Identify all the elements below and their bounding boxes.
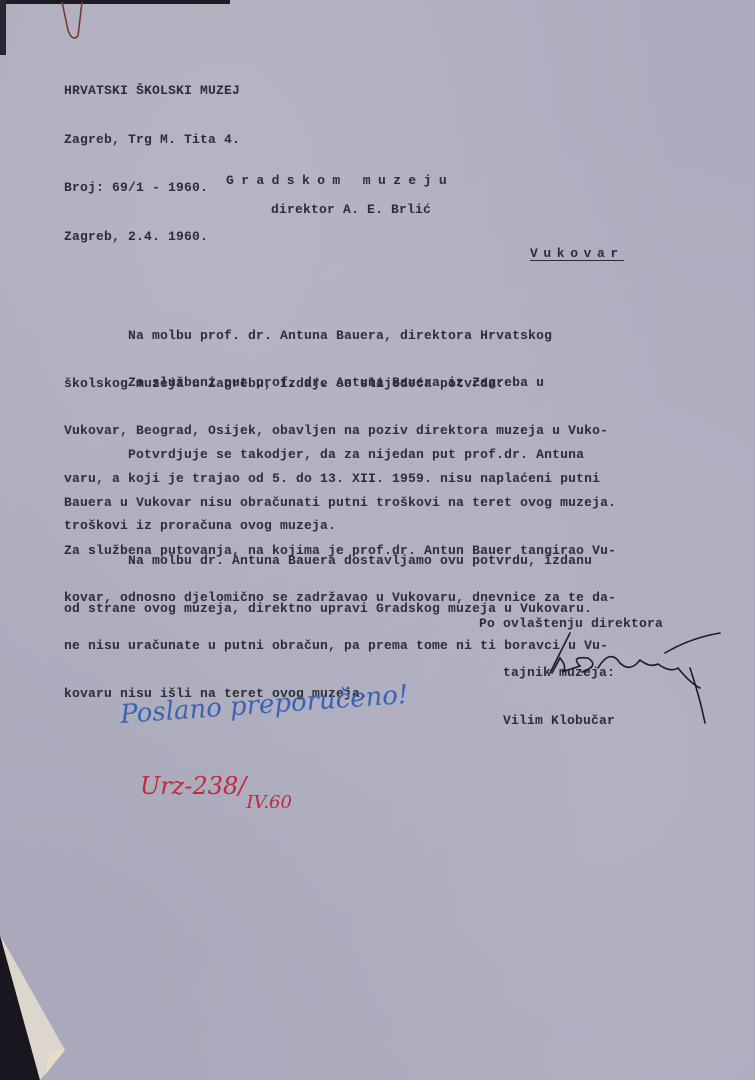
document-page: HRVATSKI ŠKOLSKI MUZEJ Zagreb, Trg M. Ti… xyxy=(0,0,755,1080)
scan-edge xyxy=(0,0,6,55)
institution-name: HRVATSKI ŠKOLSKI MUZEJ xyxy=(64,83,240,100)
folded-corner xyxy=(0,935,70,1080)
text-line: Na molbu prof. dr. Antuna Bauera, direkt… xyxy=(64,328,714,344)
red-reference-date: IV.60 xyxy=(246,792,292,813)
letterhead: HRVATSKI ŠKOLSKI MUZEJ Zagreb, Trg M. Ti… xyxy=(64,51,240,277)
handwritten-signature xyxy=(540,628,730,728)
recipient-director: direktor A. E. Brlić xyxy=(271,202,431,218)
text-line: Bauera u Vukovar nisu obračunati putni t… xyxy=(64,495,714,511)
text-line: Na molbu dr. Antuna Bauera dostavljamo o… xyxy=(64,553,714,569)
text-line: Za službeni put prof. dr. Antuna Bauera … xyxy=(64,375,714,391)
handwritten-note-red: Urz-238/IV.60 xyxy=(140,772,292,800)
institution-address: Zagreb, Trg M. Tita 4. xyxy=(64,132,240,149)
text-line: Potvrdjuje se takodjer, da za nijedan pu… xyxy=(64,447,714,463)
scan-edge xyxy=(0,0,230,4)
red-reference-number: Urz-238/ xyxy=(140,772,246,800)
reference-number: Broj: 69/1 - 1960. xyxy=(64,180,240,197)
letter-date: Zagreb, 2.4. 1960. xyxy=(64,229,240,246)
recipient-name: Gradskom muzeju xyxy=(226,173,454,189)
recipient-city: Vukovar xyxy=(530,246,624,262)
paperclip-mark-icon xyxy=(58,0,88,50)
